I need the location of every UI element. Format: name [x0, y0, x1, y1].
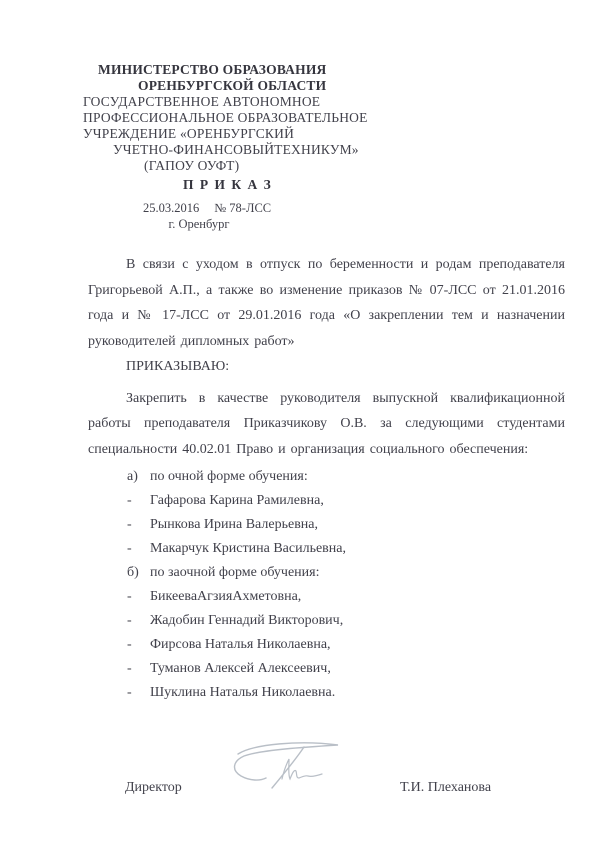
directive-word: ПРИКАЗЫВАЮ: — [88, 354, 565, 380]
list-marker: - — [127, 657, 132, 681]
list-item-student: - Шуклина Наталья Николаевна. — [88, 681, 565, 705]
list-item-label: по заочной форме обучения: — [150, 565, 320, 580]
list-marker: - — [127, 681, 132, 705]
org-ministry-line: МИНИСТЕРСТВО ОБРАЗОВАНИЯ — [83, 62, 383, 78]
list-item-group-a: а) по очной форме обучения: — [88, 465, 565, 489]
preamble-paragraph: В связи с уходом в отпуск по беременност… — [88, 252, 565, 354]
organization-header: МИНИСТЕРСТВО ОБРАЗОВАНИЯ ОРЕНБУРГСКОЙ ОБ… — [83, 62, 383, 174]
signer-position: Директор — [125, 780, 182, 796]
list-marker: - — [127, 489, 132, 513]
list-marker: б) — [127, 561, 139, 585]
list-item-label: БикееваАгзияАхметовна, — [150, 589, 301, 604]
org-name-line-2: УЧЕТНО-ФИНАНСОВЫЙТЕХНИКУМ» — [83, 142, 383, 158]
list-item-label: Гафарова Карина Рамилевна, — [150, 493, 324, 508]
list-marker: - — [127, 537, 132, 561]
list-item-student: - Фирсова Наталья Николаевна, — [88, 633, 565, 657]
list-marker: - — [127, 585, 132, 609]
list-item-label: Макарчук Кристина Васильевна, — [150, 541, 346, 556]
document-title: П Р И К А З — [183, 177, 272, 193]
city-line: г. Оренбург — [143, 217, 255, 232]
list-item-label: по очной форме обучения: — [150, 469, 308, 484]
org-abbreviation: (ГАПОУ ОУФТ) — [83, 158, 383, 174]
list-item-student: - Жадобин Геннадий Викторович, — [88, 609, 565, 633]
order-date: 25.03.2016 — [143, 201, 199, 216]
order-number: № 78-ЛСС — [214, 201, 271, 216]
list-item-label: Туманов Алексей Алексеевич, — [150, 661, 331, 676]
list-item-label: Шуклина Наталья Николаевна. — [150, 685, 335, 700]
org-type-line-1: ГОСУДАРСТВЕННОЕ АВТОНОМНОЕ — [83, 94, 383, 110]
list-item-student: - Туманов Алексей Алексеевич, — [88, 657, 565, 681]
list-item-group-b: б) по заочной форме обучения: — [88, 561, 565, 585]
order-body: В связи с уходом в отпуск по беременност… — [88, 252, 565, 705]
list-marker: - — [127, 513, 132, 537]
list-marker: - — [127, 609, 132, 633]
list-marker: а) — [127, 465, 138, 489]
list-item-label: Рынкова Ирина Валерьевна, — [150, 517, 318, 532]
org-name-line-1: УЧРЕЖДЕНИЕ «ОРЕНБУРГСКИЙ — [83, 126, 383, 142]
order-paragraph: Закрепить в качестве руководителя выпуск… — [88, 386, 565, 463]
order-document-page: МИНИСТЕРСТВО ОБРАЗОВАНИЯ ОРЕНБУРГСКОЙ ОБ… — [0, 0, 613, 854]
list-item-student: - Макарчук Кристина Васильевна, — [88, 537, 565, 561]
list-item-label: Жадобин Геннадий Викторович, — [150, 613, 343, 628]
signer-name: Т.И. Плеханова — [400, 780, 491, 796]
list-item-student: - БикееваАгзияАхметовна, — [88, 585, 565, 609]
handwritten-signature-icon — [228, 738, 354, 792]
list-item-student: - Гафарова Карина Рамилевна, — [88, 489, 565, 513]
students-list: а) по очной форме обучения: - Гафарова К… — [88, 465, 565, 705]
date-number-line: 25.03.2016 № 78-ЛСС — [143, 201, 271, 216]
org-type-line-2: ПРОФЕССИОНАЛЬНОЕ ОБРАЗОВАТЕЛЬНОЕ — [83, 110, 383, 126]
list-item-student: - Рынкова Ирина Валерьевна, — [88, 513, 565, 537]
org-region-line: ОРЕНБУРГСКОЙ ОБЛАСТИ — [83, 78, 383, 94]
list-marker: - — [127, 633, 132, 657]
list-item-label: Фирсова Наталья Николаевна, — [150, 637, 331, 652]
